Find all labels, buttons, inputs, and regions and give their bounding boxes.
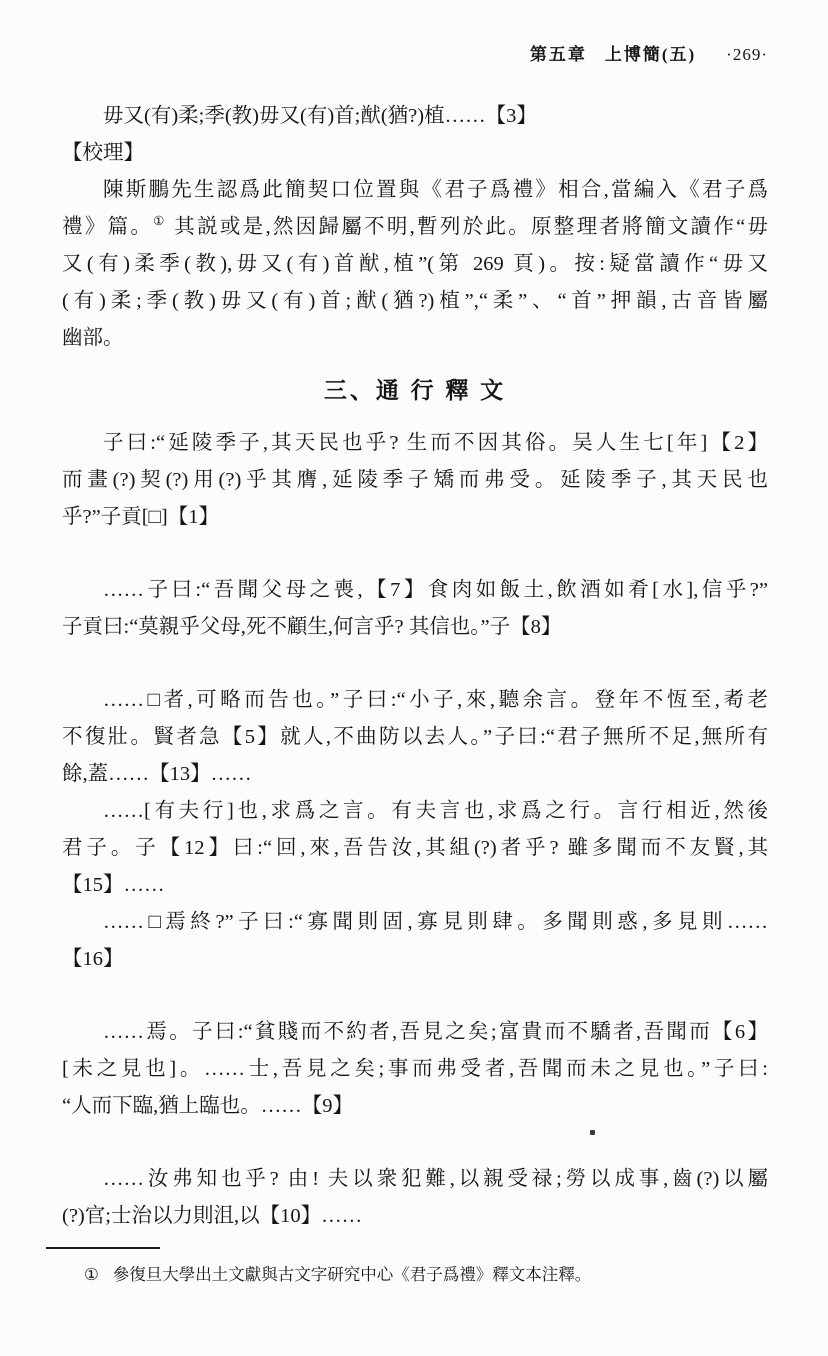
section-title: 三、通 行 釋 文 <box>62 369 768 413</box>
running-head: 第五章 上博簡(五) ·269· <box>62 44 768 66</box>
jiaoli-line-2: 禮》篇。① 其説或是,然因歸屬不明,暫列於此。原整理者將簡文讀作“毋 <box>62 209 768 246</box>
shiwen-p1-line-2: 而畫(?)契(?)用(?)乎其膺,延陵季子矯而弗受。延陵季子,其天民也 <box>62 462 768 499</box>
shiwen-p7-line-2: (?)官;士治以力則沮,以【10】…… <box>62 1198 768 1235</box>
shiwen-p4-line-1: ……[有夫行]也,求爲之言。有夫言也,求爲之行。言行相近,然後 <box>62 793 768 830</box>
shiwen-p2-line-1: ……子曰:“吾聞父母之喪,【7】食肉如飯土,飲酒如肴[水],信乎?” <box>62 572 768 609</box>
jiaoli-line-3: 又(有)柔季(教),毋又(有)首猷,植”(第 269 頁)。按:疑當讀作“毋又 <box>62 246 768 283</box>
footnote: ①參復旦大學出土文獻與古文字研究中心《君子爲禮》釋文本注釋。 <box>62 1263 768 1287</box>
shiwen-p3-line-2: 不復壯。賢者急【5】就人,不曲防以去人。”子曰:“君子無所不足,無所有 <box>62 719 768 756</box>
ink-speck <box>590 1130 595 1135</box>
jiaoli-line-2-pre: 禮》篇。 <box>62 216 153 238</box>
footnote-reference-mark: ① <box>153 214 167 228</box>
transcription-line: 毋又(有)柔;季(教)毋又(有)首;猷(猶?)植……【3】 <box>62 98 768 135</box>
book-page: 第五章 上博簡(五) ·269· 毋又(有)柔;季(教)毋又(有)首;猷(猶?)… <box>0 0 828 1356</box>
shiwen-p6-line-2: [未之見也]。……士,吾見之矣;事而弗受者,吾聞而未之見也。”子曰: <box>62 1051 768 1088</box>
page-number: ·269· <box>726 44 768 66</box>
book-title-label: 上博簡(五) <box>605 44 696 66</box>
shiwen-p1-line-1: 子曰:“延陵季子,其天民也乎? 生而不因其俗。吴人生七[年]【2】 <box>62 425 768 462</box>
shiwen-p5-line-1: ……□焉終?”子曰:“寡聞則固,寡見則肆。多聞則惑,多見則…… <box>62 904 768 941</box>
shiwen-p3-line-1: ……□者,可略而告也。”子曰:“小子,來,聽余言。登年不恆至,耇老 <box>62 682 768 719</box>
shiwen-p1-line-3: 乎?”子貢[□]【1】 <box>62 499 768 536</box>
shiwen-p6-line-3: “人而下臨,猶上臨也。……【9】 <box>62 1088 768 1125</box>
chapter-label: 第五章 <box>530 44 587 66</box>
shiwen-p7-line-1: ……汝弗知也乎? 由! 夫以衆犯難,以親受禄;勞以成事,齒(?)以屬 <box>62 1161 768 1198</box>
jiaoli-line-2-post: 其説或是,然因歸屬不明,暫列於此。原整理者將簡文讀作“毋 <box>167 216 768 238</box>
footnote-separator <box>46 1247 160 1249</box>
jiaoli-line-5: 幽部。 <box>62 320 768 357</box>
shiwen-p2-line-2: 子貢曰:“莫親乎父母,死不顧生,何言乎? 其信也。”子【8】 <box>62 609 768 646</box>
footnote-mark: ① <box>84 1265 99 1284</box>
shiwen-p5-line-2: 【16】 <box>62 941 768 978</box>
footnote-text: 參復旦大學出土文獻與古文字研究中心《君子爲禮》釋文本注釋。 <box>113 1265 592 1284</box>
shiwen-p6-line-1: ……焉。子曰:“貧賤而不約者,吾見之矣;富貴而不驕者,吾聞而【6】 <box>62 1014 768 1051</box>
jiaoli-line-1: 陳斯鵬先生認爲此簡契口位置與《君子爲禮》相合,當編入《君子爲 <box>62 172 768 209</box>
jiaoli-heading: 【校理】 <box>62 135 768 172</box>
main-text: 毋又(有)柔;季(教)毋又(有)首;猷(猶?)植……【3】 【校理】 陳斯鵬先生… <box>62 98 768 1235</box>
shiwen-p4-line-2: 君子。子【12】曰:“回,來,吾告汝,其組(?)者乎? 雖多聞而不友賢,其 <box>62 830 768 867</box>
shiwen-p4-line-3: 【15】…… <box>62 867 768 904</box>
jiaoli-line-4: (有)柔;季(教)毋又(有)首;猷(猶?)植”,“柔”、“首”押韻,古音皆屬 <box>62 283 768 320</box>
shiwen-p3-line-3: 餘,蓋……【13】…… <box>62 756 768 793</box>
